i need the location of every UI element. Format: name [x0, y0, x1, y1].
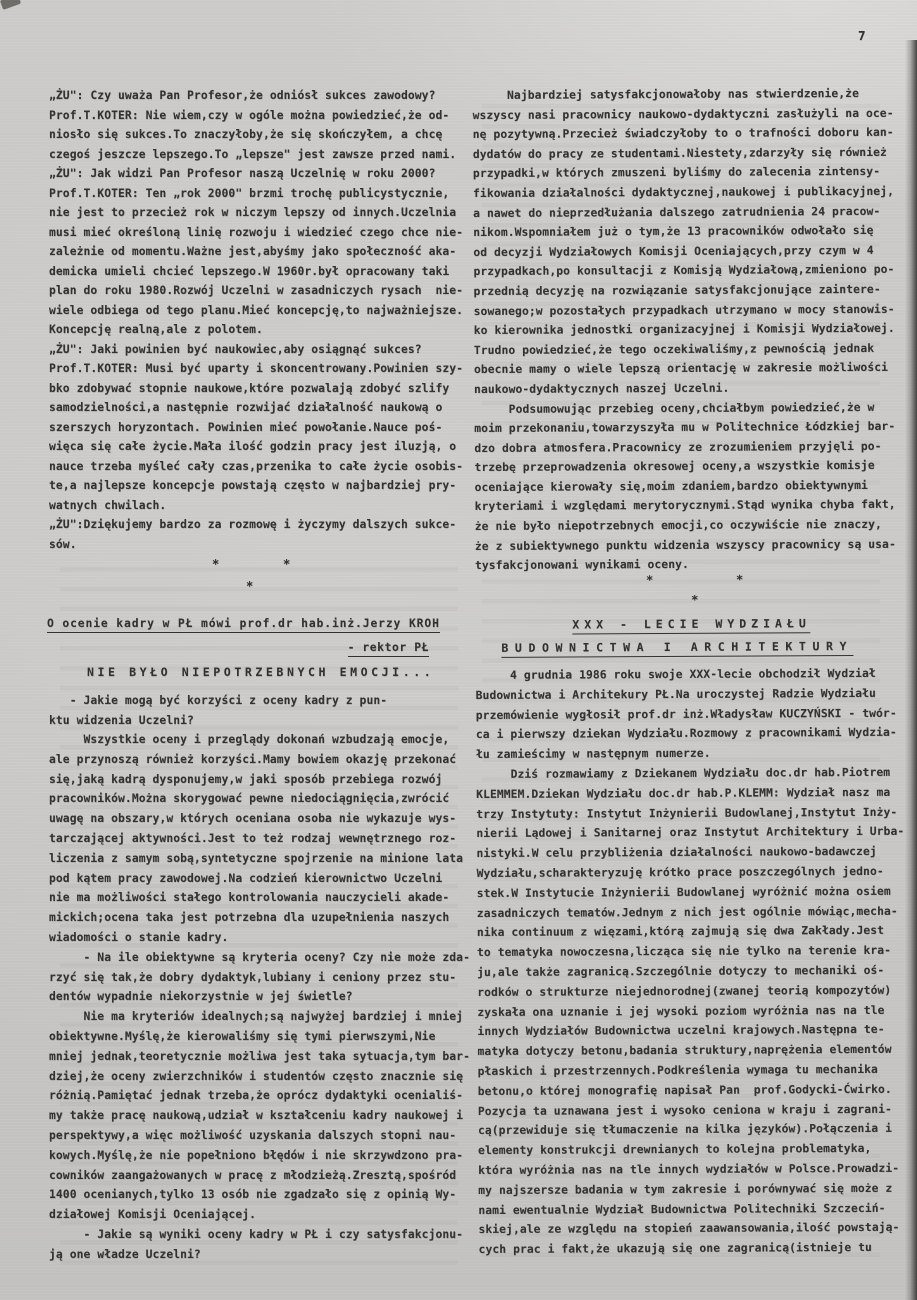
text-line: obiektywne.Myślę,że kierowaliśmy się tym…	[49, 1027, 467, 1047]
text-line: dydatów do pracy ze studentami.Niestety,…	[473, 143, 897, 165]
text-line: - Jakie są wyniki oceny kadry w PŁ i czy…	[49, 1225, 467, 1245]
text-line: trzebę przeprowadzenia okresowej oceny,a…	[474, 456, 898, 478]
text-line: zasadniczych tematów.Jednym z nich jest …	[477, 901, 901, 923]
text-line: dziej,że oceny zwierzchników i studentów…	[49, 1067, 467, 1087]
text-line: watnych chwilach.	[49, 496, 467, 516]
text-line: tarczającej aktywności.Jest to też rodza…	[49, 829, 467, 849]
text-line: stek.W Instytucie Inżynierii Budowlanej …	[477, 882, 901, 904]
text-line: szerszych horyzontach. Powinien mieć pow…	[49, 418, 467, 438]
text-line: 4 grudnia 1986 roku swoje XXX-lecie obch…	[475, 664, 899, 686]
jubilee-article-text: 4 grudnia 1986 roku swoje XXX-lecie obch…	[475, 664, 902, 1260]
text-line: pod kątem pracy zawodowej.Na codzień kie…	[49, 869, 467, 889]
text-line: kryteriami i względami merytorycznymi.St…	[475, 495, 899, 517]
rektor-subheading: - rektor PŁ	[348, 641, 429, 657]
section-heading-kroh: O ocenie kadry w PŁ mówi prof.dr hab.inż…	[47, 617, 440, 633]
text-line: Budownictwa i Architekury PŁ.Na uroczyst…	[476, 684, 900, 706]
text-line: naukowo-dydaktycznych naszej Uczelni.	[474, 378, 898, 400]
text-line: nikom.Wspomniałem już o tym,że 13 pracow…	[473, 221, 897, 243]
text-line: wiele odbiega od tego planu.Mieć koncepc…	[49, 301, 467, 321]
text-line: nierii Lądowej i Sanitarnej oraz Instytu…	[476, 822, 900, 844]
text-line: plan do roku 1980.Rozwój Uczelni w zasad…	[49, 281, 467, 301]
text-line: nauce trzeba myśleć cały czas,przenika t…	[49, 457, 467, 477]
text-line: demicka umieli chcieć lepszego.W 1960r.b…	[49, 262, 467, 282]
asterisk-separator: *	[646, 574, 653, 586]
text-line: łu zamieścimy w następnym numerze.	[476, 743, 900, 765]
text-line: przypadki,w których zmuszeni byliśmy do …	[473, 162, 897, 184]
text-line: my także pracę naukową,udział w kształce…	[49, 1106, 467, 1126]
text-line: ko kierownika jednostki organizacyjnej i…	[474, 319, 898, 341]
text-line: perspektywy,a więc możliwość uzyskania d…	[49, 1126, 467, 1146]
scan-edge-shadow	[905, 40, 917, 1300]
text-line: Najbardziej satysfakcjonowałoby nas stwi…	[472, 84, 896, 106]
text-line: że nie było niepotrzebnych emocji,co ocz…	[475, 515, 899, 537]
text-line: rzyć się tak,że dobry dydaktyk,lubiany i…	[49, 968, 467, 988]
text-line: ją one władze Uczelni?	[49, 1245, 467, 1265]
text-line: dentów wypadnie niekorzystnie w jej świe…	[49, 987, 467, 1007]
asterisk-separator: *	[736, 574, 743, 586]
text-line: pracowników.Można skorygować pewne niedo…	[49, 789, 467, 809]
text-line: przemówienie wygłosił prof.dr inż.Władys…	[476, 703, 900, 725]
text-line: te,a najlepsze koncepcje powstają często…	[49, 476, 467, 496]
text-line: innych Wydziałów Budownictwa uczelni kra…	[477, 1020, 901, 1042]
text-line: przednią decyzję na rozwiązanie satysfak…	[473, 280, 897, 302]
text-line: rodków o strukturze niejednorodnej(zwane…	[477, 981, 901, 1003]
interview-koter-text: „ŻU": Czy uważa Pan Profesor,że odniósł …	[49, 86, 467, 554]
text-line: Dziś rozmawiamy z Dziekanem Wydziału doc…	[476, 763, 900, 785]
text-line: ju,ale także zagranicą.Szczególnie dotyc…	[477, 961, 901, 983]
article-title-emocje: NIE BYŁO NIEPOTRZEBNYCH EMOCJI...	[87, 665, 434, 679]
text-line: uwagę na obszary,w których oceniana osob…	[49, 809, 467, 829]
text-line: „ŻU": Jaki powinien być naukowiec,aby os…	[49, 340, 467, 360]
text-line: cą(przewiduje się tłumaczenie na kilka j…	[478, 1119, 902, 1141]
text-line: Wszystkie oceny i przeglądy dokonań wzbu…	[49, 730, 467, 750]
text-line: „ŻU": Jak widzi Pan Profesor naszą Uczel…	[49, 164, 467, 184]
text-line: liczenia z samym sobą,syntetyczne spojrz…	[49, 849, 467, 869]
text-line: Pozycja ta uznawana jest i wysoko cenion…	[478, 1099, 902, 1121]
text-line: obecnie mamy o wiele lepszą orientację w…	[474, 358, 898, 380]
text-line: cych prac i fakt,że ukazują się one zagr…	[478, 1238, 902, 1260]
text-line: „ŻU":Dziękujemy bardzo za rozmowę i życz…	[49, 515, 467, 535]
text-line: „ŻU": Czy uważa Pan Profesor,że odniósł …	[49, 86, 467, 106]
text-line: - Na ile obiektywne są kryteria oceny? C…	[49, 948, 467, 968]
text-line: elementy konstrukcji drewnianych to kole…	[478, 1139, 902, 1161]
asterisk-separator: *	[283, 558, 290, 570]
article-title-jubilee-line2: BUDOWNICTWA I ARCHITEKTURY	[501, 639, 853, 658]
text-line: mickich;ocena taka jest potrzebna dla uz…	[49, 908, 467, 928]
text-line: tysfakcjonowani wynikami oceny.	[475, 554, 899, 576]
text-line: zyskała ona uznanie i jej wysoki poziom …	[477, 1000, 901, 1022]
text-line: a nawet do nieprzedłużania dalszego zatr…	[473, 201, 897, 223]
text-line: trzy Instytuty: Instytut Inżynierii Budo…	[476, 802, 900, 824]
text-line: niosło się sukces.To znaczyłoby,że się s…	[49, 125, 467, 145]
text-line: fikowania działalności dydaktycznej,nauk…	[473, 182, 897, 204]
text-line: Prof.T.KOTER: Musi być uparty i skoncent…	[49, 359, 467, 379]
text-line: nistyki.W celu przybliżenia działalności…	[476, 842, 900, 864]
text-line: KLEMMEM.Dziekan Wydziału doc.dr hab.P.KL…	[476, 783, 900, 805]
interview-question-spaced: - Jakie mogą być korzyści z oceny kadry …	[49, 691, 467, 731]
interview-kroh-text: Wszystkie oceny i przeglądy dokonań wzbu…	[49, 730, 467, 1265]
text-line: że z subiektywnego punktu widzenia wszys…	[475, 534, 899, 556]
text-line: zależnie od momentu.Ważne jest,abyśmy ja…	[49, 242, 467, 262]
text-line: Wydziału,scharakteryzuję krótko prace po…	[477, 862, 901, 884]
text-line: działowej Komisji Oceniającej.	[49, 1205, 467, 1225]
text-line: - Jakie mogą być korzyści z oceny kadry …	[49, 691, 467, 711]
text-line: wszyscy nasi pracownicy naukowo-dydaktyc…	[473, 103, 897, 125]
text-line: samodzielności,a następnie rozwijać dzia…	[49, 398, 467, 418]
text-line: oceniające kierowały się,moim zdaniem,ba…	[475, 476, 899, 498]
text-line: więca się całe życie.Mała ilość godzin p…	[49, 437, 467, 457]
text-line: wiadomości o stanie kadry.	[49, 928, 467, 948]
article-title-jubilee-line1: XXX - LECIE WYDZIAŁU	[572, 616, 811, 634]
scanned-newsletter-page: 7 „ŻU": Czy uważa Pan Profesor,że odniós…	[0, 0, 917, 1300]
text-line: czegoś jeszcze lepszego.To „lepsze" jest…	[49, 145, 467, 165]
text-line: to tematyka nowoczesna,licząca się nie t…	[477, 941, 901, 963]
text-line: nami ewentualnie Wydział Budownictwa Pol…	[478, 1198, 902, 1220]
right-column: Najbardziej satysfakcjonowałoby nas stwi…	[472, 0, 903, 1300]
text-line: Nie ma kryteriów idealnych;są najwyżej b…	[49, 1007, 467, 1027]
text-line: ale przynoszą również korzyści.Mamy bowi…	[49, 750, 467, 770]
text-line: nę pozytywną.Przecież świadczyłoby to o …	[473, 123, 897, 145]
text-line: kowych.Myślę,że nie popełniono błędów i …	[49, 1146, 467, 1166]
text-line: 1400 ocenianych,tylko 13 osób nie zgadza…	[49, 1185, 467, 1205]
asterisk-separator: *	[691, 594, 698, 606]
text-line: nie jest to przecież rok w niczym lepszy…	[49, 203, 467, 223]
text-line: dzo dobra atmosfera.Pracownicy ze zrozum…	[474, 436, 898, 458]
text-line: Prof.T.KOTER: Nie wiem,czy w ogóle można…	[49, 106, 467, 126]
text-line: się,jaką kadrą dysponujemy,w jaki sposób…	[49, 770, 467, 790]
scan-smudge	[0, 0, 21, 10]
text-line: która wyróżnia nas na tle innych wydział…	[478, 1159, 902, 1181]
text-line: płaskich i przestrzennych.Podkreślenia w…	[478, 1060, 902, 1082]
text-line: cowników zaangażowanych w pracę z młodzi…	[49, 1166, 467, 1186]
asterisk-separator: *	[212, 558, 219, 570]
text-line: my najszersze badania w tym zakresie i p…	[478, 1178, 902, 1200]
text-line: musi mieć określoną linię rozwoju i wied…	[49, 223, 467, 243]
text-line: mniej jednak,teoretycznie możliwa jest t…	[49, 1047, 467, 1067]
text-line: ktu widzenia Uczelni?	[49, 711, 467, 731]
text-line: sów.	[49, 535, 467, 555]
koter-answer-text: Najbardziej satysfakcjonowałoby nas stwi…	[472, 84, 899, 576]
text-line: Podsumowując przebieg oceny,chciałbym po…	[474, 397, 898, 419]
text-line: bko zdobywać stopnie naukowe,które pozwa…	[49, 379, 467, 399]
text-line: skiej,ale ze względu na stopień zaawanso…	[478, 1218, 902, 1240]
text-line: Koncepcję realną,ale z polotem.	[49, 320, 467, 340]
text-line: Trudno powiedzieć,że tego oczekiwaliśmy,…	[474, 338, 898, 360]
text-line: Prof.T.KOTER: Ten „rok 2000" brzmi troch…	[49, 184, 467, 204]
text-line: nie ma możliwości stałego kontrolowania …	[49, 888, 467, 908]
text-line: ca i pierwszy dziekan Wydziału.Rozmowy z…	[476, 723, 900, 745]
text-line: sowanego;w pozostałych przypadkach utrzy…	[474, 299, 898, 321]
text-line: przypadkach,po konsultacji z Komisją Wyd…	[473, 260, 897, 282]
left-column: „ŻU": Czy uważa Pan Profesor,że odniósł …	[49, 0, 467, 1300]
text-line: nika continuum z więzami,którą zajmują s…	[477, 921, 901, 943]
text-line: matyka dotyczy betonu,badania struktury,…	[477, 1040, 901, 1062]
text-line: moim przekonaniu,towarzyszyła mu w Polit…	[474, 417, 898, 439]
text-line: od decyzji Wydziałowych Komisji Oceniają…	[473, 241, 897, 263]
text-line: różnią.Pamiętać jednak trzeba,że oprócz …	[49, 1086, 467, 1106]
text-line: betonu,o której monografię napisał Pan p…	[478, 1079, 902, 1101]
asterisk-separator: *	[246, 580, 253, 592]
